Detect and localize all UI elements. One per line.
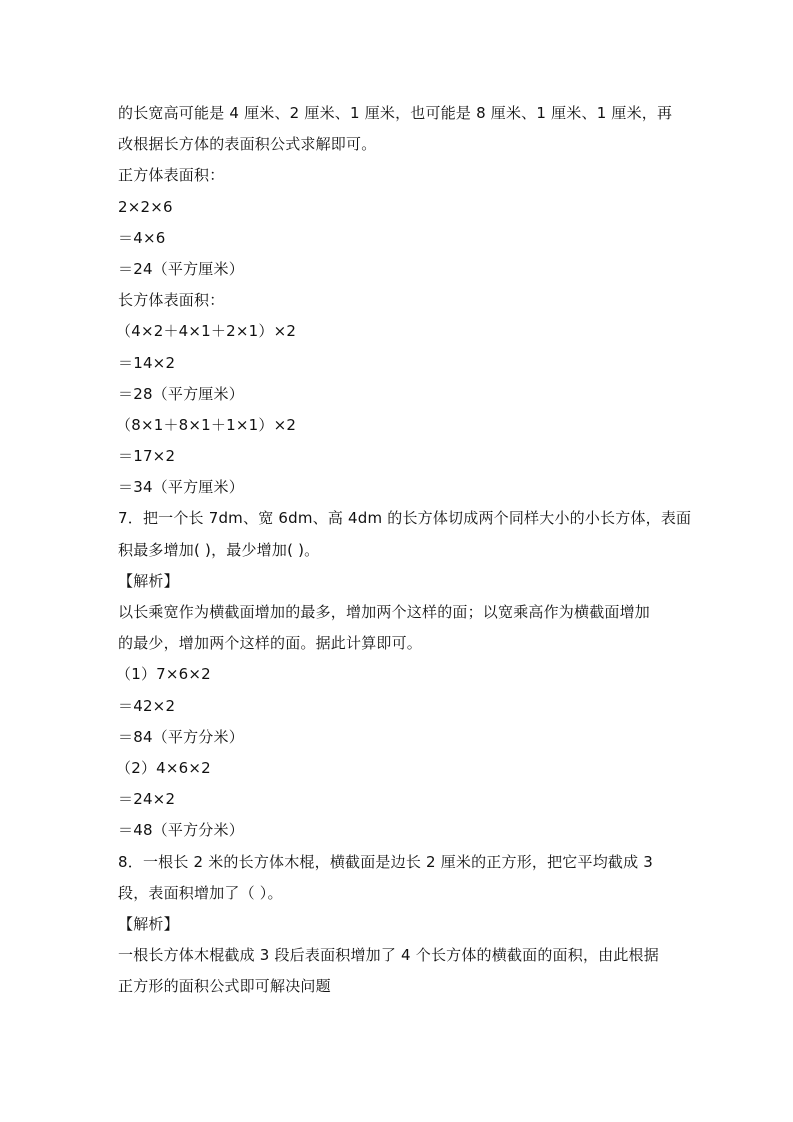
equation-result: ＝84（平方分米） — [118, 722, 678, 753]
equation-line: ＝14×2 — [118, 348, 678, 379]
question-7-text: 7．把一个长 7dm、宽 6dm、高 4dm 的长方体切成两个同样大小的小长方体… — [118, 503, 678, 534]
equation-result: ＝34（平方厘米） — [118, 472, 678, 503]
analysis-text-line: 以长乘宽作为横截面增加的最多，增加两个这样的面；以宽乘高作为横截面增加 — [118, 597, 678, 628]
equation-result: ＝48（平方分米） — [118, 815, 678, 846]
equation-line: （2）4×6×2 — [116, 753, 678, 784]
analysis-text-line: 正方形的面积公式即可解决问题 — [118, 971, 678, 1002]
solution-text-line: 的长宽高可能是 4 厘米、2 厘米、1 厘米，也可能是 8 厘米、1 厘米、1 … — [118, 98, 678, 129]
equation-line: （1）7×6×2 — [116, 659, 678, 690]
equation-result: ＝24（平方厘米） — [118, 254, 678, 285]
equation-line: ＝42×2 — [118, 691, 678, 722]
equation-line: （4×2＋4×1＋2×1）×2 — [116, 316, 678, 347]
document-page: 的长宽高可能是 4 厘米、2 厘米、1 厘米，也可能是 8 厘米、1 厘米、1 … — [118, 98, 678, 1002]
equation-line: （8×1＋8×1＋1×1）×2 — [116, 410, 678, 441]
analysis-heading: 【解析】 — [118, 566, 678, 597]
question-7-blanks: 积最多增加( )，最少增加( )。 — [118, 535, 678, 566]
equation-line: 2×2×6 — [118, 192, 678, 223]
analysis-text-line: 的最少，增加两个这样的面。据此计算即可。 — [118, 628, 678, 659]
question-8-text: 8．一根长 2 米的长方体木棍，横截面是边长 2 厘米的正方形，把它平均截成 3 — [118, 847, 678, 878]
question-8-blank: 段，表面积增加了（ ）。 — [118, 878, 678, 909]
equation-result: ＝28（平方厘米） — [118, 379, 678, 410]
equation-line: ＝4×6 — [118, 223, 678, 254]
equation-line: ＝24×2 — [118, 784, 678, 815]
section-label-cube-surface: 正方体表面积： — [118, 160, 678, 191]
section-label-cuboid-surface: 长方体表面积： — [118, 285, 678, 316]
solution-text-line: 改根据长方体的表面积公式求解即可。 — [118, 129, 678, 160]
analysis-heading: 【解析】 — [118, 909, 678, 940]
analysis-text-line: 一根长方体木棍截成 3 段后表面积增加了 4 个长方体的横截面的面积，由此根据 — [118, 940, 678, 971]
equation-line: ＝17×2 — [118, 441, 678, 472]
